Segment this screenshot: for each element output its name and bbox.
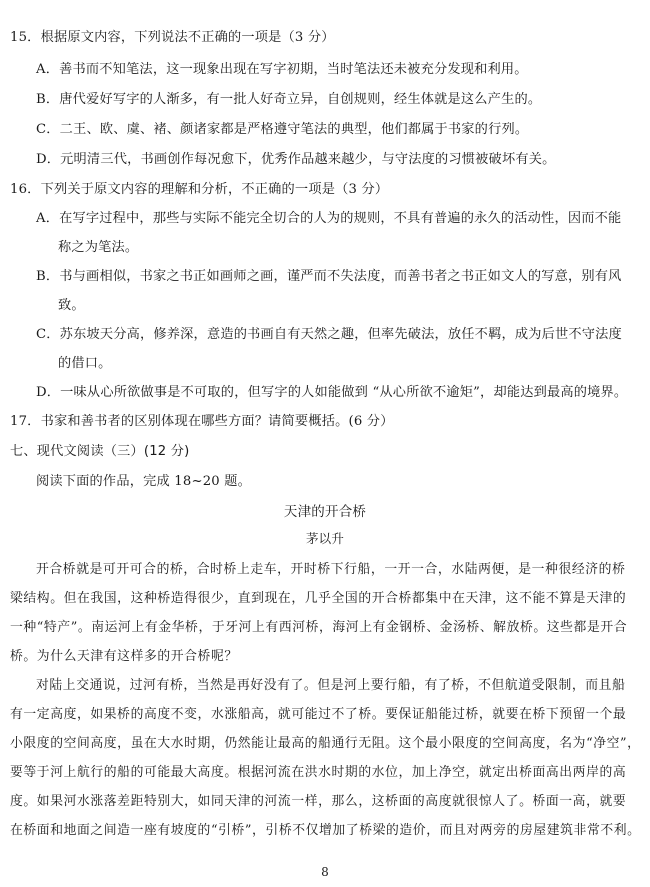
- article-author: 茅以升: [0, 529, 650, 547]
- question-15-option-c: C．二王、欧、虞、褚、颜诸家都是严格遵守笔法的典型，他们都属于书家的行列。: [36, 118, 528, 137]
- article-line-9: 度。如果河水涨落差距特别大，如同天津的河流一样，那么，这桥面的高度就很惊人了。桥…: [10, 790, 632, 809]
- section-heading: 七、现代文阅读（三）(12 分): [10, 440, 190, 459]
- article-line-2: 梁结构。但在我国，这种桥造得很少，直到现在，几乎全国的开合桥都集中在天津，这不能…: [10, 587, 632, 606]
- question-16-stem: 16．下列关于原文内容的理解和分析，不正确的一项是（3 分）: [10, 178, 388, 197]
- article-line-10: 在桥面和地面之间造一座有坡度的“引桥”，引桥不仅增加了桥梁的造价，而且对两旁的房…: [10, 819, 632, 838]
- question-15-option-a: A．善书而不知笔法，这一现象出现在写字初期，当时笔法还未被充分发现和利用。: [36, 58, 528, 77]
- article-line-7: 小限度的空间高度，虽在大水时期，仍然能让最高的船通行无阻。这个最小限度的空间高度…: [10, 732, 632, 751]
- article-line-8: 要等于河上航行的船的可能最大高度。根据河流在洪水时期的水位，加上净空，就定出桥面…: [10, 761, 632, 780]
- question-16-option-d: D．一味从心所欲做事是不可取的，但写字的人如能做到 “从心所欲不逾矩”，却能达到…: [36, 381, 627, 400]
- section-instruction: 阅读下面的作品，完成 18~20 题。: [36, 470, 251, 489]
- question-16-option-c-continued: 的借口。: [58, 352, 112, 371]
- question-16-option-c: C．苏东坡天分高，修养深，意造的书画自有天然之趣，但率先破法，放任不羁，成为后世…: [36, 323, 622, 342]
- question-15-option-b: B．唐代爱好写字的人渐多，有一批人好奇立异，自创规则，经生体就是这么产生的。: [36, 88, 541, 107]
- article-title: 天津的开合桥: [0, 500, 650, 520]
- page-number: 8: [0, 865, 650, 879]
- question-16-option-b: B．书与画相似，书家之书正如画师之画，谨严而不失法度，而善书者之书正如文人的写意…: [36, 265, 622, 284]
- article-line-6: 有一定高度，如果桥的高度不变，水涨船高，就可能过不了桥。要保证船能过桥，就要在桥…: [10, 703, 632, 722]
- question-15-option-d: D．元明清三代，书画创作每况愈下，优秀作品越来越少，与守法度的习惯被破坏有关。: [36, 148, 556, 167]
- question-15-stem: 15．根据原文内容，下列说法不正确的一项是（3 分）: [10, 26, 335, 45]
- question-17-stem: 17．书家和善书者的区别体现在哪些方面？请简要概括。(6 分）: [10, 410, 394, 429]
- article-line-1: 开合桥就是可开可合的桥，合时桥上走车，开时桥下行船，一开一合，水陆两便，是一种很…: [36, 558, 650, 577]
- question-16-option-a: A．在写字过程中，那些与实际不能完全切合的人为的规则，不具有普遍的永久的活动性，…: [36, 207, 621, 226]
- article-line-5: 对陆上交通说，过河有桥，当然是再好没有了。但是河上要行船，有了桥，不但航道受限制…: [36, 674, 650, 693]
- exam-page: 15．根据原文内容，下列说法不正确的一项是（3 分） A．善书而不知笔法，这一现…: [0, 0, 650, 887]
- article-line-4: 桥。为什么天津有这样多的开合桥呢？: [10, 645, 632, 664]
- question-16-option-b-continued: 致。: [58, 294, 85, 313]
- article-line-3: 一种“特产”。南运河上有金华桥，于牙河上有西河桥，海河上有金钢桥、金汤桥、解放桥…: [10, 616, 632, 635]
- question-16-option-a-continued: 称之为笔法。: [58, 236, 138, 255]
